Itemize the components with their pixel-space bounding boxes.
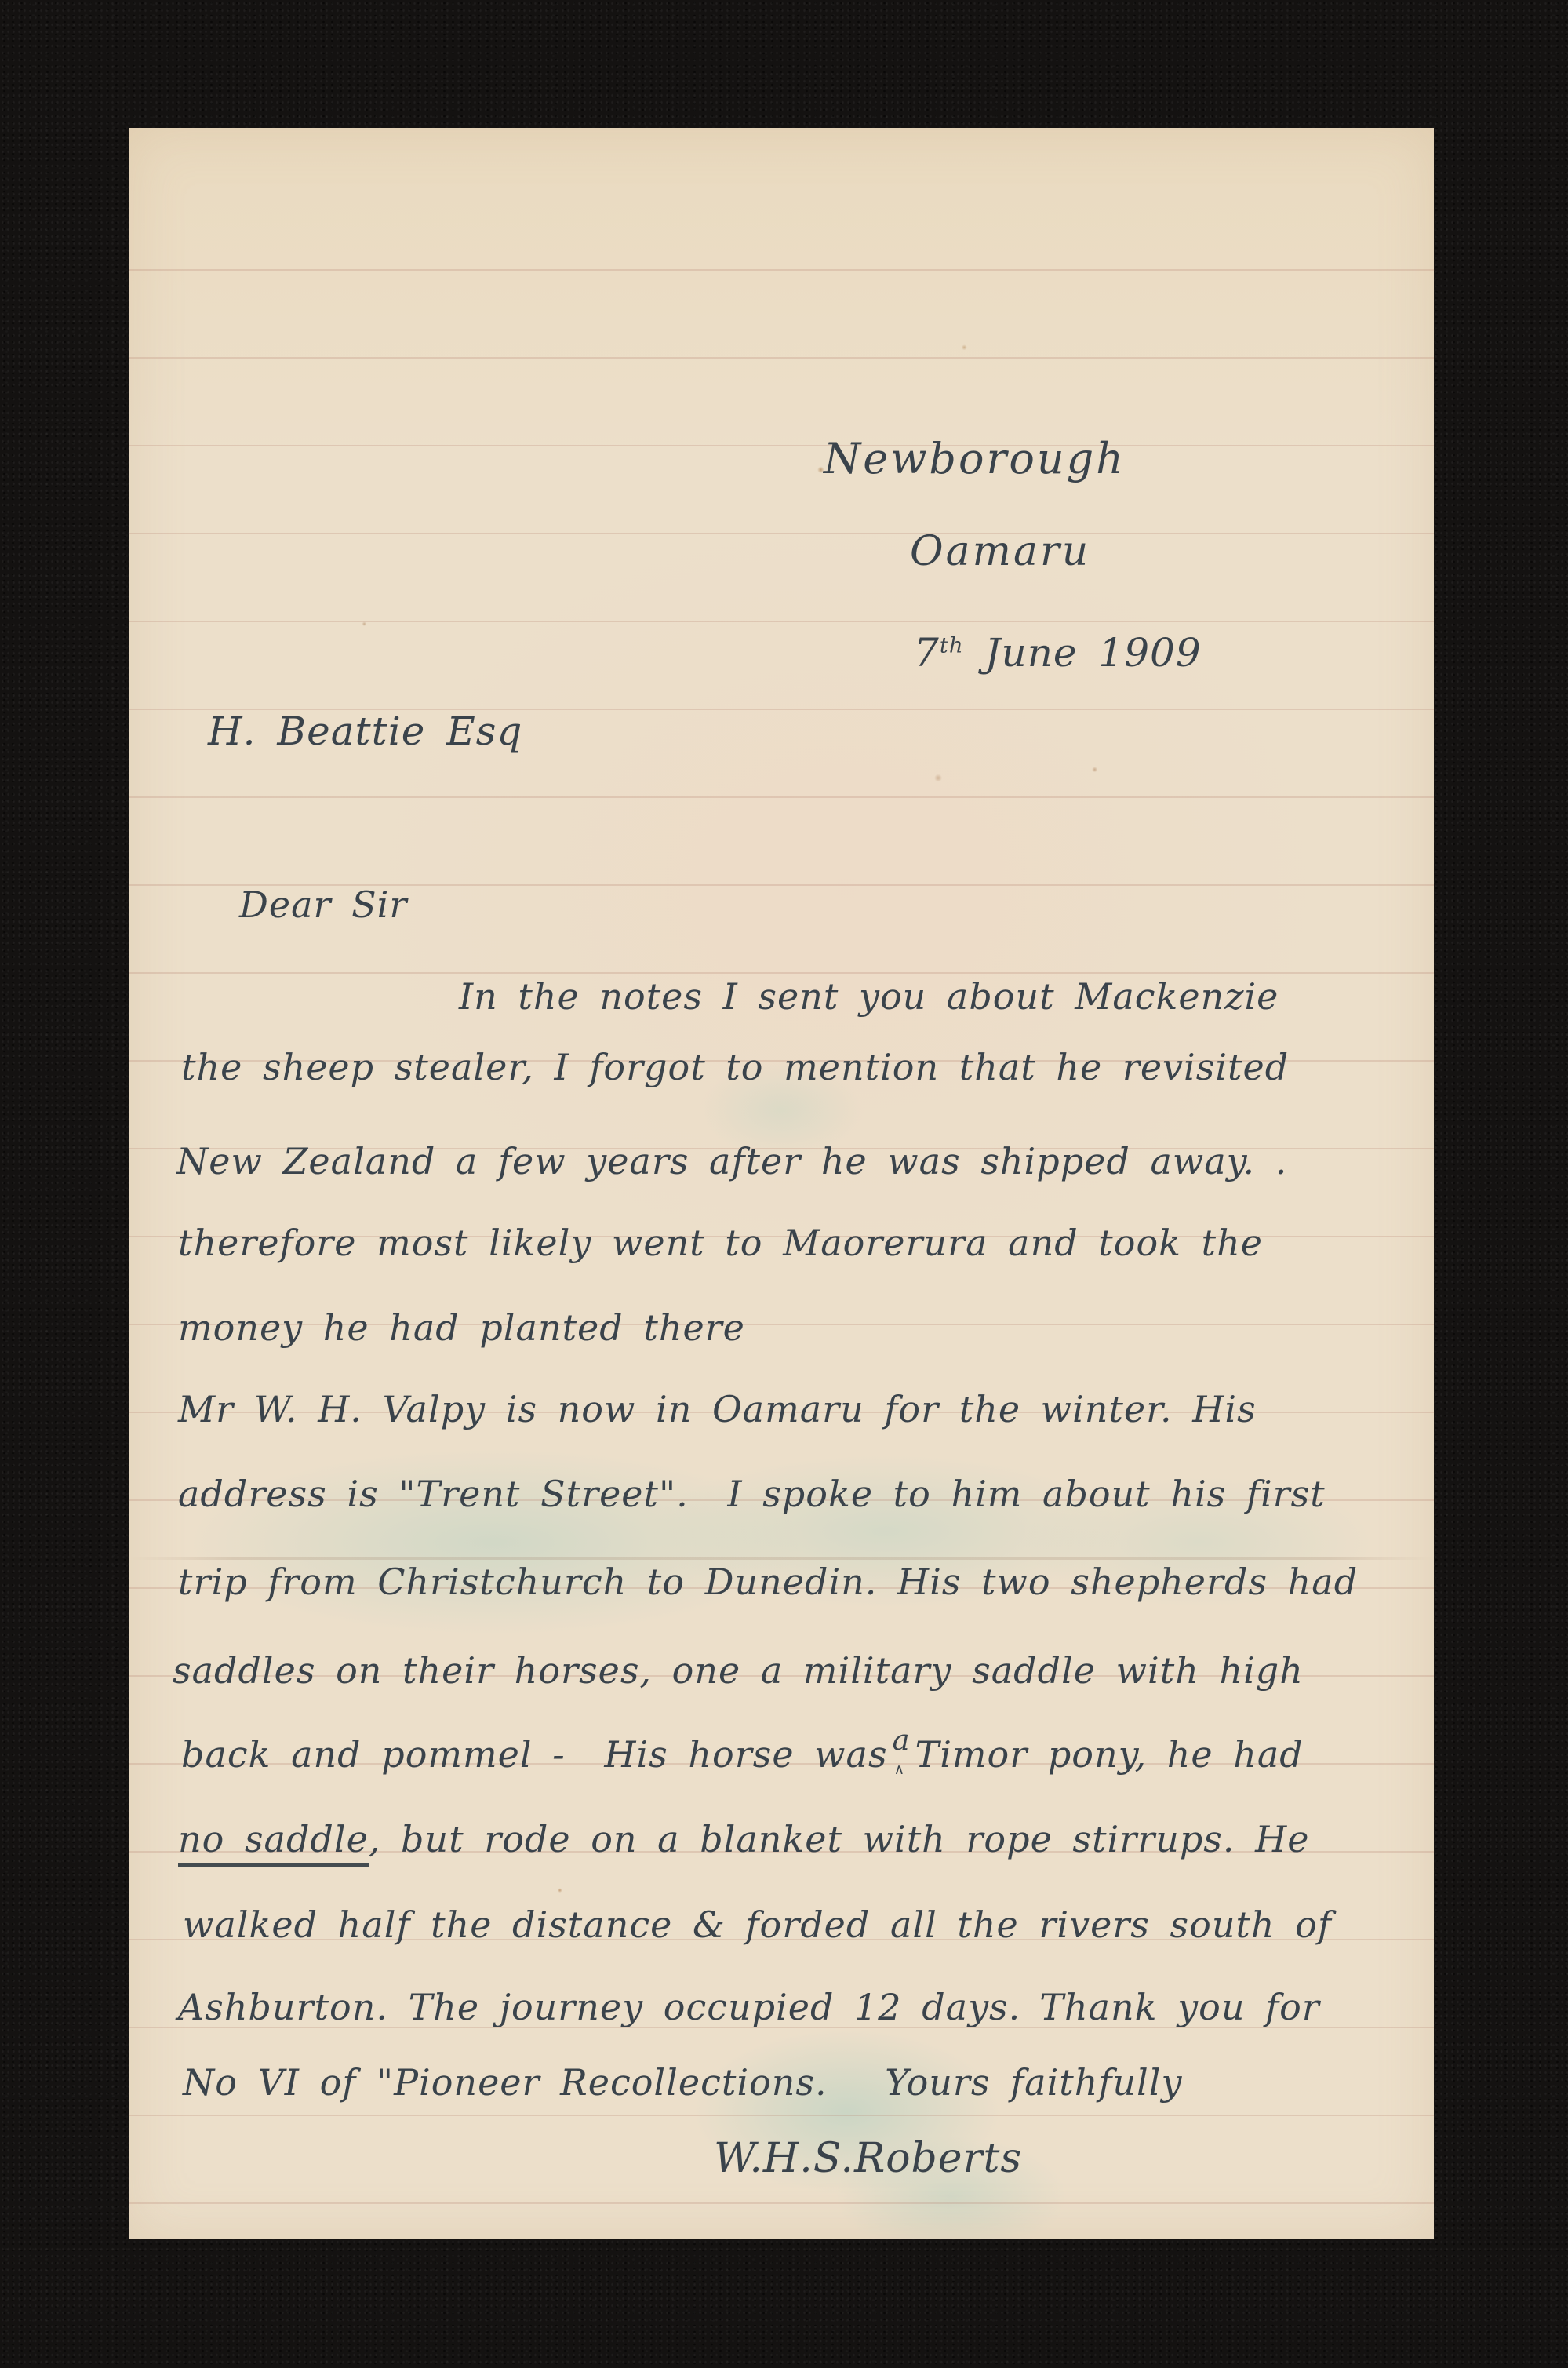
handwriting-line: Dear Sir [239,885,407,925]
text-segment: Ashburton. The journey occupied 12 days.… [178,1986,1320,2028]
signature-line: W.H.S.Roberts [714,2137,1022,2181]
handwriting-line: Ashburton. The journey occupied 12 days.… [178,1987,1320,2027]
text-segment: th [940,632,964,658]
handwriting-line: In the notes I sent you about Mackenzie [459,977,1279,1017]
text-segment: a [893,1725,911,1756]
handwriting-line: the sheep stealer, I forgot to mention t… [181,1047,1289,1087]
handwriting-line: 7th June 1909 [914,632,1202,675]
text-segment: June 1909 [964,630,1202,676]
text-segment: Dear Sir [239,883,407,926]
text-segment: Oamaru [910,528,1090,575]
text-segment: In the notes I sent you about Mackenzie [459,975,1279,1018]
text-segment: trip from Christchurch to Dunedin. His t… [178,1561,1358,1603]
text-segment: therefore most likely went to Maorerura … [178,1222,1263,1264]
photo-background: NewboroughOamaru7th June 1909H. Beattie … [0,0,1568,2368]
handwriting-line: H. Beattie Esq [208,710,522,753]
handwriting-line: Mr W. H. Valpy is now in Oamaru for the … [178,1390,1257,1430]
paper-crease [129,1557,1434,1560]
text-segment: saddles on their horses, one a military … [173,1649,1304,1692]
handwriting-line: back and pommel - His horse wasaTimor po… [181,1735,1304,1775]
handwriting-line: money he had planted there [178,1308,745,1348]
text-segment: the sheep stealer, I forgot to mention t… [181,1046,1289,1088]
handwriting-line: New Zealand a few years after he was shi… [176,1142,1287,1182]
handwriting-line: saddles on their horses, one a military … [173,1651,1304,1691]
text-segment: address is "Trent Street". I spoke to hi… [178,1473,1326,1515]
handwriting-line: Oamaru [910,530,1090,574]
handwriting-line: address is "Trent Street". I spoke to hi… [178,1474,1326,1514]
text-segment: New Zealand a few years after he was shi… [176,1140,1287,1182]
handwriting-line: walked half the distance & forded all th… [183,1905,1332,1945]
text-segment: , but rode on a blanket with rope stirru… [369,1818,1310,1860]
text-segment: 7 [914,630,940,676]
handwriting-line: Newborough [824,435,1126,482]
text-segment: back and pommel - His horse was [181,1733,888,1776]
handwriting-line: no saddle, but rode on a blanket with ro… [178,1820,1309,1860]
text-segment: Timor pony, he had [915,1733,1304,1776]
letter-paper: NewboroughOamaru7th June 1909H. Beattie … [129,128,1434,2239]
text-segment: H. Beattie Esq [208,709,522,754]
handwriting-line: therefore most likely went to Maorerura … [178,1223,1263,1263]
text-segment: No VI of "Pioneer Recollections. Yours f… [183,2061,1182,2104]
text-segment: Newborough [824,434,1126,483]
text-segment: walked half the distance & forded all th… [183,1904,1332,1946]
text-segment: Mr W. H. Valpy is now in Oamaru for the … [178,1388,1257,1430]
handwriting-line: No VI of "Pioneer Recollections. Yours f… [183,2063,1182,2103]
text-segment: W.H.S.Roberts [714,2135,1022,2182]
text-segment: money he had planted there [178,1306,745,1349]
handwriting-line: trip from Christchurch to Dunedin. His t… [178,1562,1358,1602]
text-segment: no saddle [178,1818,369,1867]
